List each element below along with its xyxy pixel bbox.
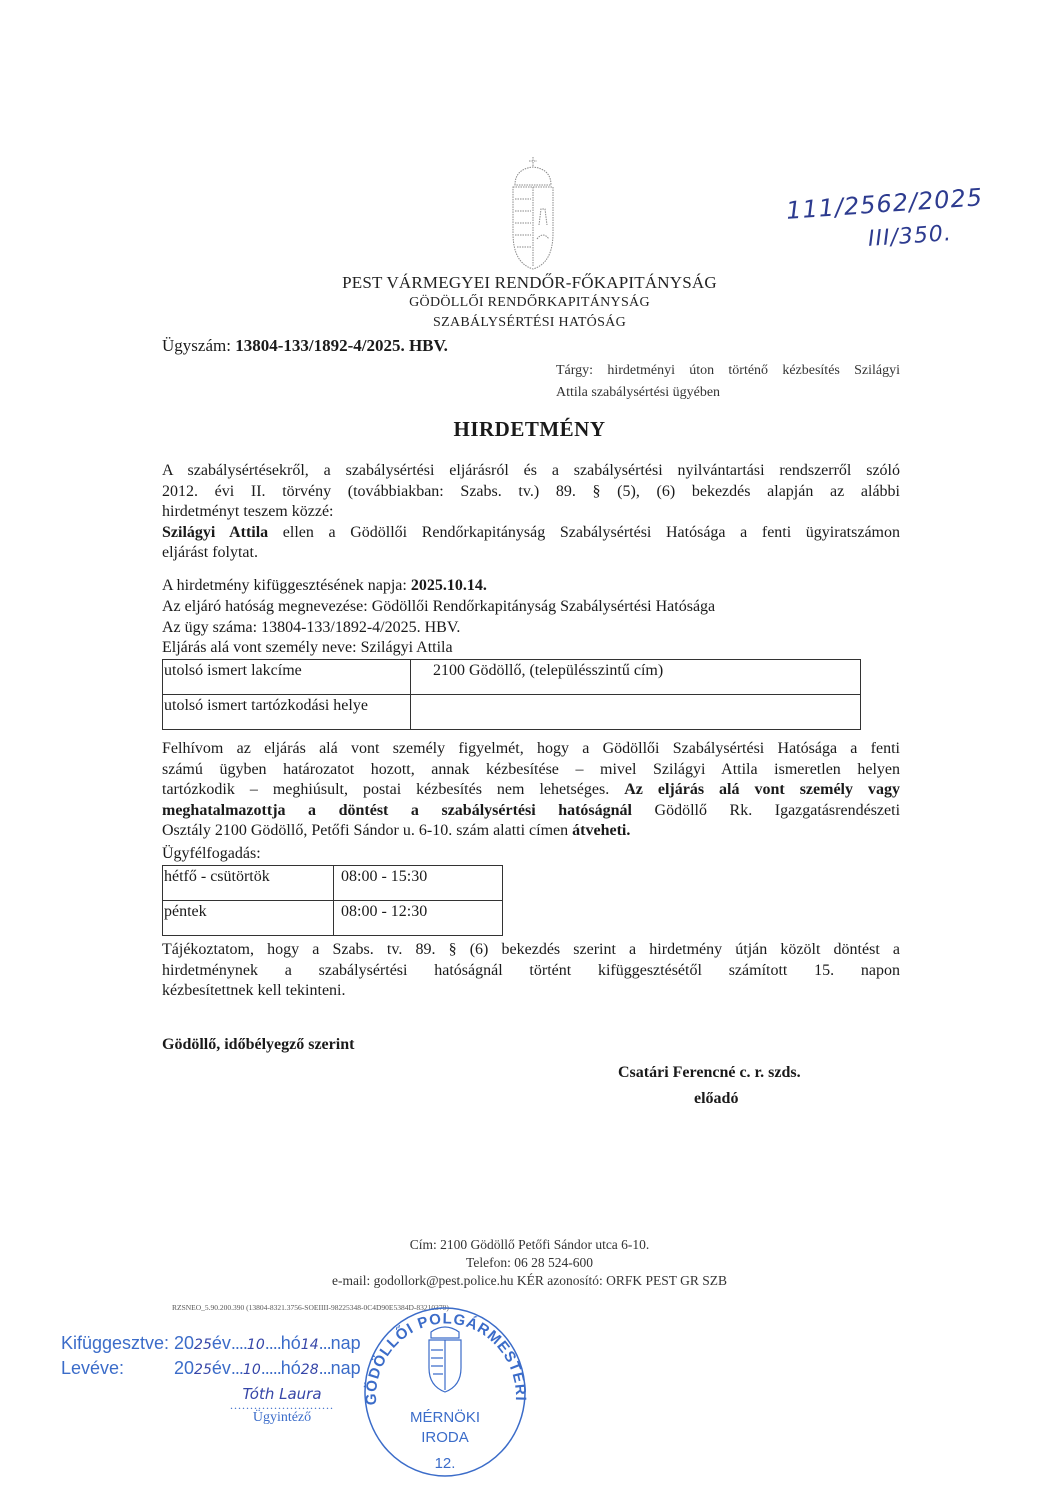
year-word: év bbox=[212, 1333, 231, 1353]
coat-of-arms-icon bbox=[505, 155, 561, 273]
case-line: Az ügy száma: 13804-133/1892-4/2025. HBV… bbox=[162, 618, 460, 639]
subject: Tárgy: hirdetményi úton történő kézbesít… bbox=[556, 360, 900, 404]
month-word: hó bbox=[281, 1358, 301, 1378]
table-row: utolsó ismert lakcíme 2100 Gödöllő, (tel… bbox=[163, 660, 861, 695]
year-prefix: 20 bbox=[174, 1358, 194, 1378]
handwritten-reference-number: 111/2562/2025 bbox=[785, 183, 984, 225]
handwritten-month: 10 bbox=[243, 1362, 261, 1378]
info-line: hirdetménynek a szabálysértési hatóságná… bbox=[162, 961, 900, 982]
info-line: Tájékoztatom, hogy a Szabs. tv. 89. § (6… bbox=[162, 940, 900, 961]
case-number-label: Ügyszám: bbox=[162, 336, 231, 355]
office-hours-label: Ügyfélfogadás: bbox=[162, 844, 261, 865]
posting-date-value: 2025.10.14. bbox=[411, 577, 487, 594]
signer-name: Csatári Ferencné c. r. szds. bbox=[618, 1064, 801, 1082]
table-row: hétfő - csütörtök 08:00 - 15:30 bbox=[163, 866, 503, 901]
notice-text: Gödöllő Rk. Igazgatásrendészeti bbox=[632, 802, 900, 819]
header-unit: SZABÁLYSÉRTÉSI HATÓSÁG bbox=[0, 315, 1059, 331]
clerk-signature-block: Tóth Laura .......................... Üg… bbox=[217, 1385, 347, 1426]
posted-label: Kifüggesztve: bbox=[61, 1333, 169, 1354]
info-paragraph: Tájékoztatom, hogy a Szabs. tv. 89. § (6… bbox=[162, 940, 900, 1002]
signer-role: előadó bbox=[694, 1090, 738, 1108]
handwritten-reference-subnumber: III/350. bbox=[867, 221, 952, 252]
notice-line: számú ügyben határozatot hozott, annak k… bbox=[162, 760, 900, 781]
notice-bold-text: Az eljárás alá vont személy vagy bbox=[624, 781, 900, 798]
notice-bold-text: meghatalmazottja a döntést a szabálysért… bbox=[162, 802, 632, 819]
round-office-stamp: GÖDÖLLŐI POLGÁRMESTERI HIVATAL MÉRNÖKI I… bbox=[355, 1292, 531, 1482]
address-value-cell bbox=[411, 695, 861, 730]
handwritten-year: 25 bbox=[194, 1362, 212, 1378]
intro-line: eljárást folytat. bbox=[162, 543, 900, 564]
authority-label: Az eljáró hatóság megnevezése: bbox=[162, 598, 372, 615]
person-label: Eljárás alá vont személy neve: bbox=[162, 639, 361, 656]
address-table: utolsó ismert lakcíme 2100 Gödöllő, (tel… bbox=[162, 659, 861, 730]
intro-line: 2012. évi II. törvény (továbbiakban: Sza… bbox=[162, 482, 900, 503]
year-word: év bbox=[212, 1358, 231, 1378]
place-and-date: Gödöllő, időbélyegző szerint bbox=[162, 1036, 354, 1054]
year-prefix: 20 bbox=[174, 1333, 194, 1353]
authority-value: Gödöllői Rendőrkapitányság Szabálysértés… bbox=[372, 598, 715, 615]
document-title: HIRDETMÉNY bbox=[0, 417, 1059, 442]
office-hours-days: hétfő - csütörtök bbox=[163, 866, 334, 901]
case-number: Ügyszám: 13804-133/1892-4/2025. HBV. bbox=[162, 336, 448, 356]
notice-paragraph: Felhívom az eljárás alá vont személy fig… bbox=[162, 739, 900, 842]
intro-line: Szilágyi Attila ellen a Gödöllői Rendőrk… bbox=[162, 523, 900, 544]
handwritten-month: 10 bbox=[247, 1337, 265, 1353]
stamp-number: 12. bbox=[435, 1455, 456, 1472]
posted-stamp-row: Kifüggesztve: 2025év....10....hó14...nap bbox=[61, 1333, 361, 1354]
intro-line: A szabálysértésekről, a szabálysértési e… bbox=[162, 461, 900, 482]
signature-line: .......................... bbox=[217, 1402, 347, 1408]
case-label: Az ügy száma: bbox=[162, 619, 261, 636]
intro-line: hirdetményt teszem közzé: bbox=[162, 502, 900, 523]
intro-paragraph: A szabálysértésekről, a szabálysértési e… bbox=[162, 461, 900, 564]
stamp-line-2: IRODA bbox=[421, 1429, 469, 1446]
header-department: GÖDÖLLŐI RENDŐRKAPITÁNYSÁG bbox=[0, 295, 1059, 311]
notice-line: Felhívom az eljárás alá vont személy fig… bbox=[162, 739, 900, 760]
footer-phone: Telefon: 06 28 524-600 bbox=[0, 1255, 1059, 1271]
stamp-coat-of-arms-icon bbox=[429, 1327, 461, 1392]
footer-address: Cím: 2100 Gödöllő Petőfi Sándor utca 6-1… bbox=[0, 1237, 1059, 1253]
office-hours-time: 08:00 - 12:30 bbox=[334, 901, 503, 936]
info-line: kézbesítettnek kell tekinteni. bbox=[162, 981, 900, 1002]
case-value: 13804-133/1892-4/2025. HBV. bbox=[261, 619, 460, 636]
month-word: hó bbox=[281, 1333, 301, 1353]
address-label-cell: utolsó ismert tartózkodási helye bbox=[163, 695, 411, 730]
person-value: Szilágyi Attila bbox=[361, 639, 453, 656]
notice-bold-text: átveheti. bbox=[572, 822, 630, 839]
case-number-value: 13804-133/1892-4/2025. HBV. bbox=[235, 336, 448, 355]
notice-text: tartózkodik – meghiúsult, postai kézbesí… bbox=[162, 781, 624, 798]
intro-line-rest: ellen a Gödöllői Rendőrkapitányság Szabá… bbox=[268, 524, 900, 541]
notice-line: meghatalmazottja a döntést a szabálysért… bbox=[162, 801, 900, 822]
posting-date-label: A hirdetmény kifüggesztésének napja: bbox=[162, 577, 411, 594]
office-hours-days: péntek bbox=[163, 901, 334, 936]
authority-line: Az eljáró hatóság megnevezése: Gödöllői … bbox=[162, 597, 715, 618]
removed-label: Levéve: bbox=[61, 1358, 169, 1379]
notice-line: Osztály 2100 Gödöllő, Petőfi Sándor u. 6… bbox=[162, 821, 900, 842]
office-hours-table: hétfő - csütörtök 08:00 - 15:30 péntek 0… bbox=[162, 865, 503, 936]
address-value-cell: 2100 Gödöllő, (településszintű cím) bbox=[411, 660, 861, 695]
stamp-line-1: MÉRNÖKI bbox=[410, 1408, 480, 1426]
office-hours-time: 08:00 - 15:30 bbox=[334, 866, 503, 901]
header-organization: PEST VÁRMEGYEI RENDŐR-FŐKAPITÁNYSÁG bbox=[0, 273, 1059, 293]
subject-line-2: Attila szabálysértési ügyében bbox=[556, 385, 720, 400]
removed-stamp-row: Levéve: 2025év...10.....hó28...nap bbox=[61, 1358, 361, 1379]
posting-date-line: A hirdetmény kifüggesztésének napja: 202… bbox=[162, 576, 487, 597]
person-line: Eljárás alá vont személy neve: Szilágyi … bbox=[162, 638, 453, 659]
address-label-cell: utolsó ismert lakcíme bbox=[163, 660, 411, 695]
handwritten-year: 25 bbox=[194, 1337, 212, 1353]
subject-line-1: Tárgy: hirdetményi úton történő kézbesít… bbox=[556, 360, 900, 382]
person-name-bold: Szilágyi Attila bbox=[162, 524, 268, 541]
handwritten-day: 14 bbox=[301, 1337, 319, 1353]
handwritten-day: 28 bbox=[301, 1362, 319, 1378]
notice-text: Osztály 2100 Gödöllő, Petőfi Sándor u. 6… bbox=[162, 822, 572, 839]
table-row: utolsó ismert tartózkodási helye bbox=[163, 695, 861, 730]
notice-line: tartózkodik – meghiúsult, postai kézbesí… bbox=[162, 780, 900, 801]
table-row: péntek 08:00 - 12:30 bbox=[163, 901, 503, 936]
footer-email: e-mail: godollork@pest.police.hu KÉR azo… bbox=[0, 1273, 1059, 1289]
clerk-label: Ügyintéző bbox=[217, 1410, 347, 1426]
